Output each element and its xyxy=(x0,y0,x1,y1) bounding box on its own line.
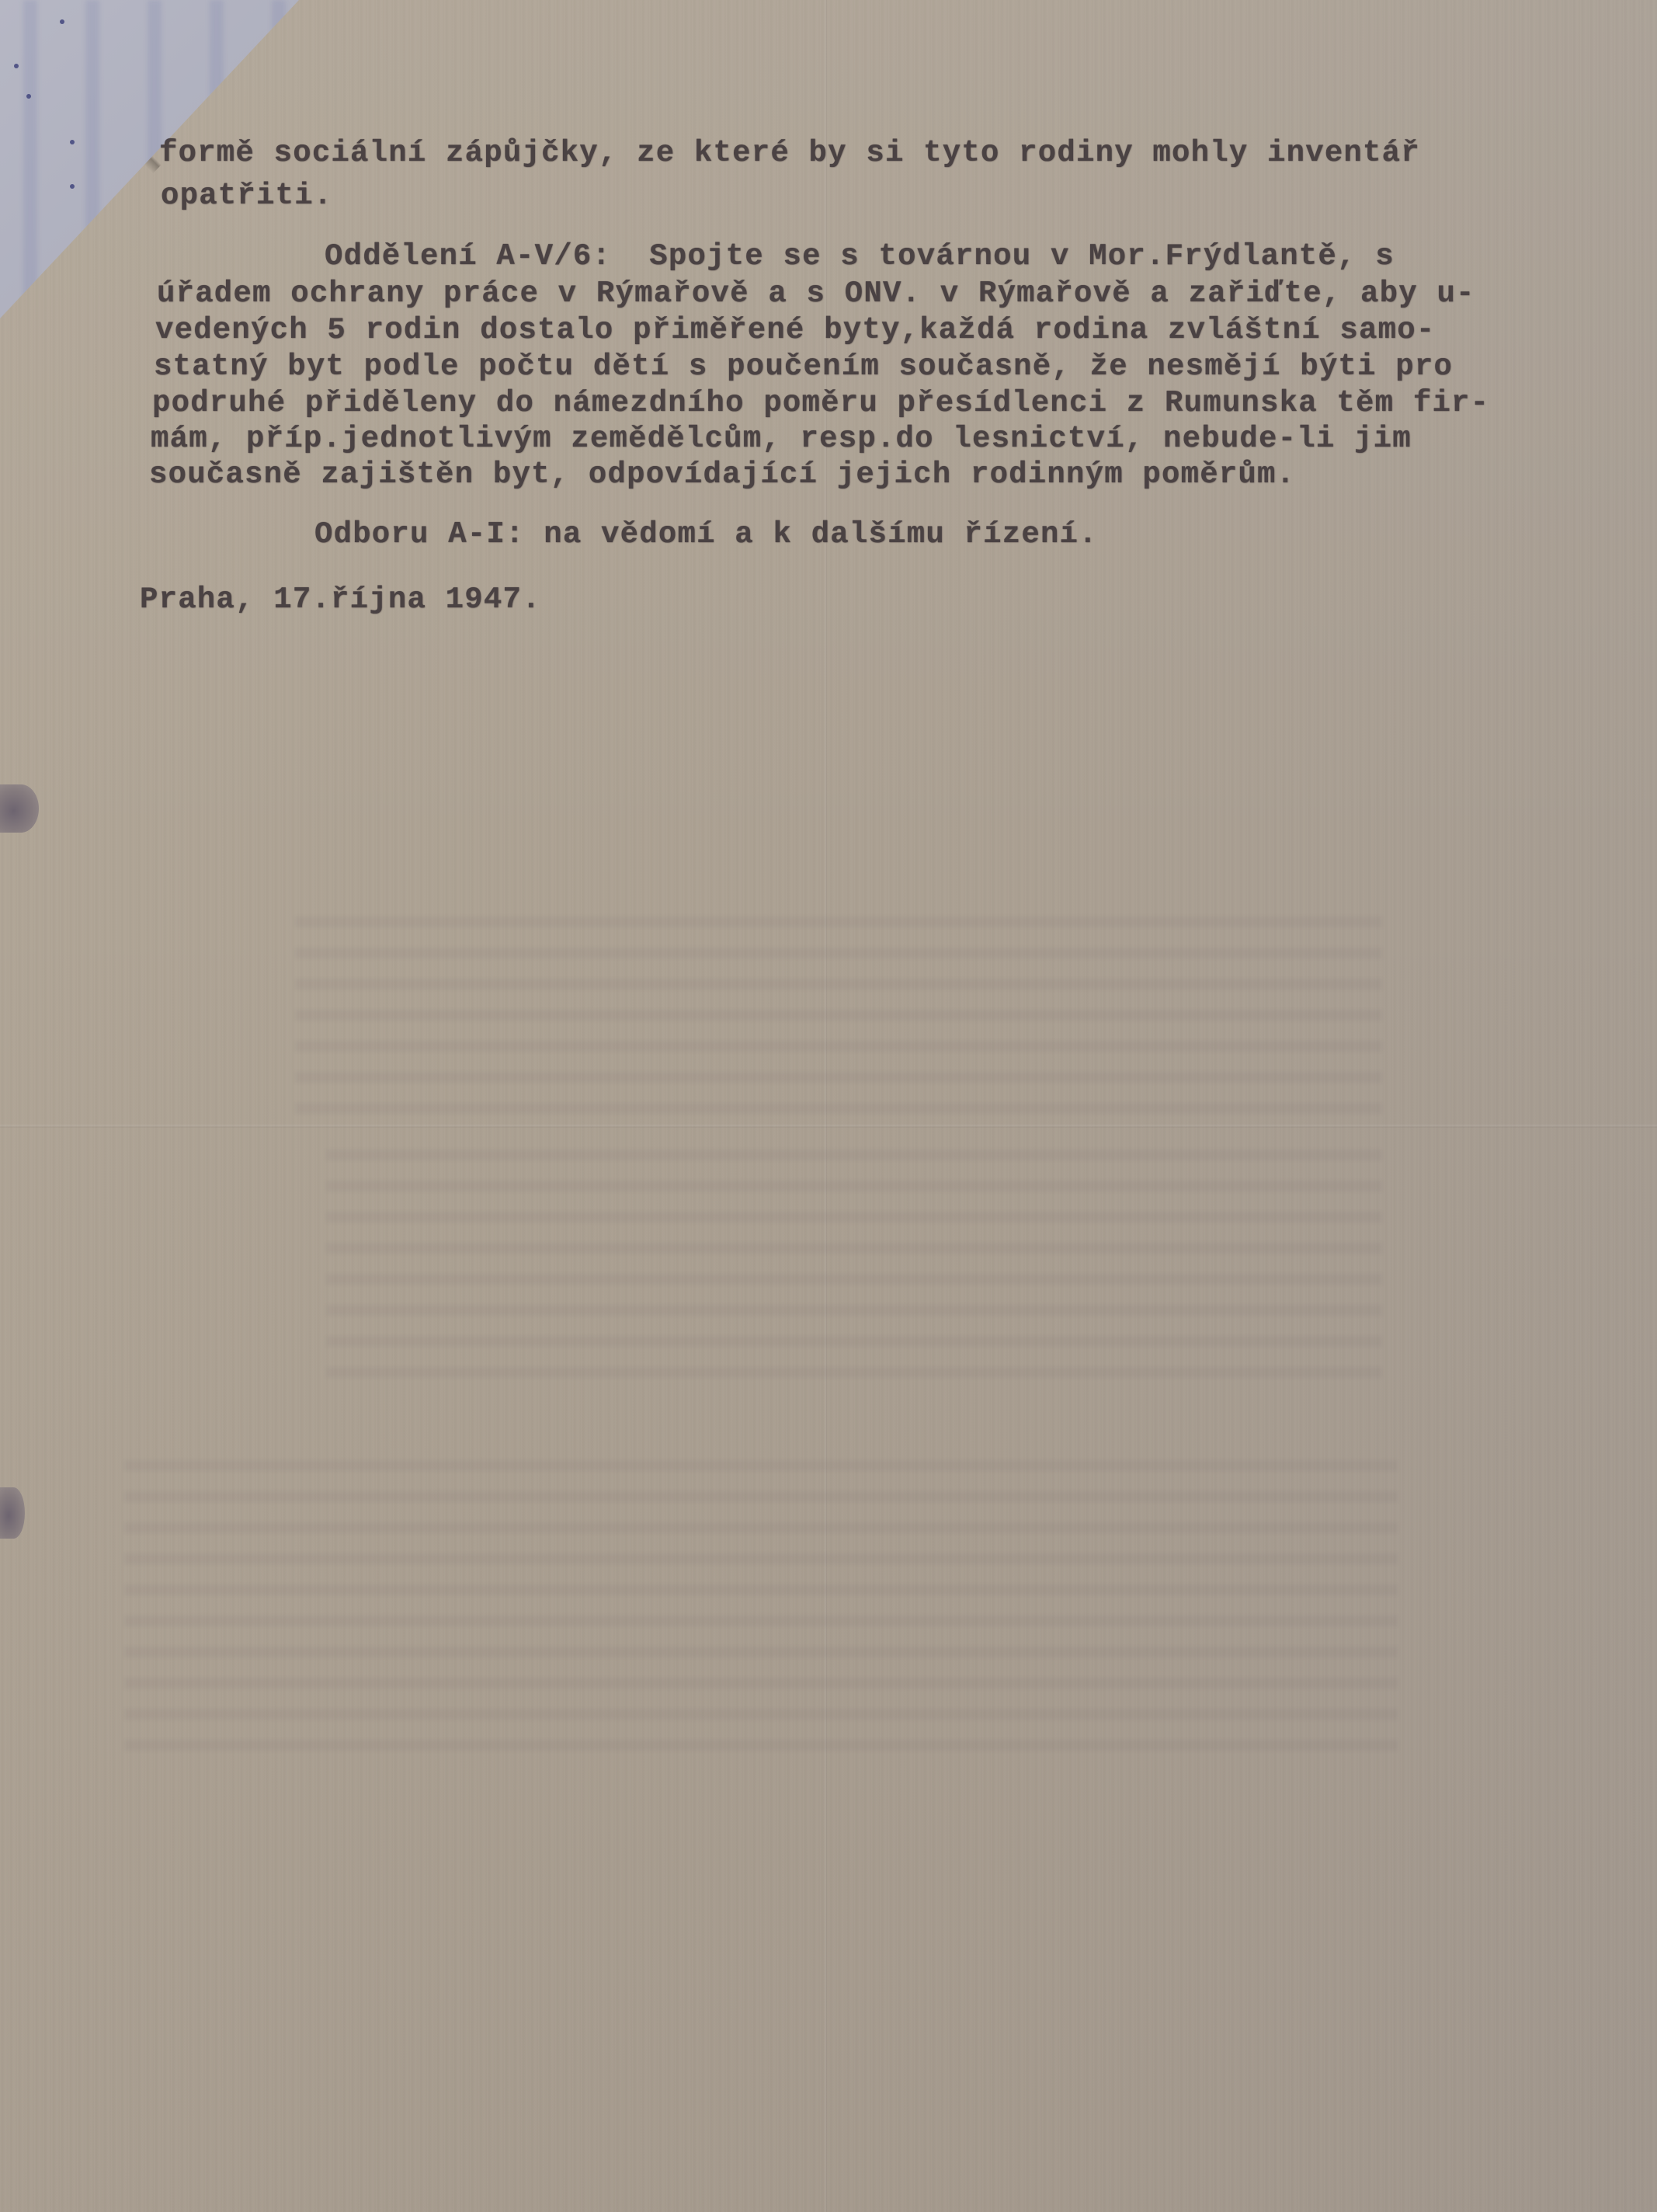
ink-dot xyxy=(70,140,75,144)
text-line-1: formě sociální zápůjčky, ze které by si … xyxy=(159,138,1420,169)
document-page: formě sociální zápůjčky, ze které by si … xyxy=(0,0,1657,2212)
bleed-through-text xyxy=(295,916,1382,1134)
text-line-7: podruhé přiděleny do námezdního poměru p… xyxy=(152,388,1489,419)
text-line-8: mám, příp.jednotlivým zemědělcům, resp.d… xyxy=(151,424,1412,454)
text-line-6: statný byt podle počtu dětí s poučením s… xyxy=(154,352,1453,382)
date-line: Praha, 17.října 1947. xyxy=(140,585,541,615)
text-line-10-department-ai: Odboru A-I: na vědomí a k dalšímu řízení… xyxy=(314,520,1098,550)
bleed-through-text xyxy=(326,1149,1382,1398)
text-line-3-department-av6: Oddělení A-V/6: Spojte se s továrnou v M… xyxy=(325,242,1395,272)
ink-dot xyxy=(60,19,64,24)
ink-dot xyxy=(70,184,75,189)
ink-dot xyxy=(14,64,19,68)
bleed-through-text xyxy=(124,1460,1398,1755)
punch-hole-tear xyxy=(0,1487,25,1539)
text-line-2: opatřiti. xyxy=(161,181,332,211)
text-line-5: vedených 5 rodin dostalo přiměřené byty,… xyxy=(155,315,1435,346)
punch-hole-tear xyxy=(0,784,39,833)
text-line-4: úřadem ochrany práce v Rýmařově a s ONV.… xyxy=(157,279,1475,309)
ink-dot xyxy=(26,94,31,99)
text-line-9: současně zajištěn byt, odpovídající jeji… xyxy=(149,460,1295,490)
